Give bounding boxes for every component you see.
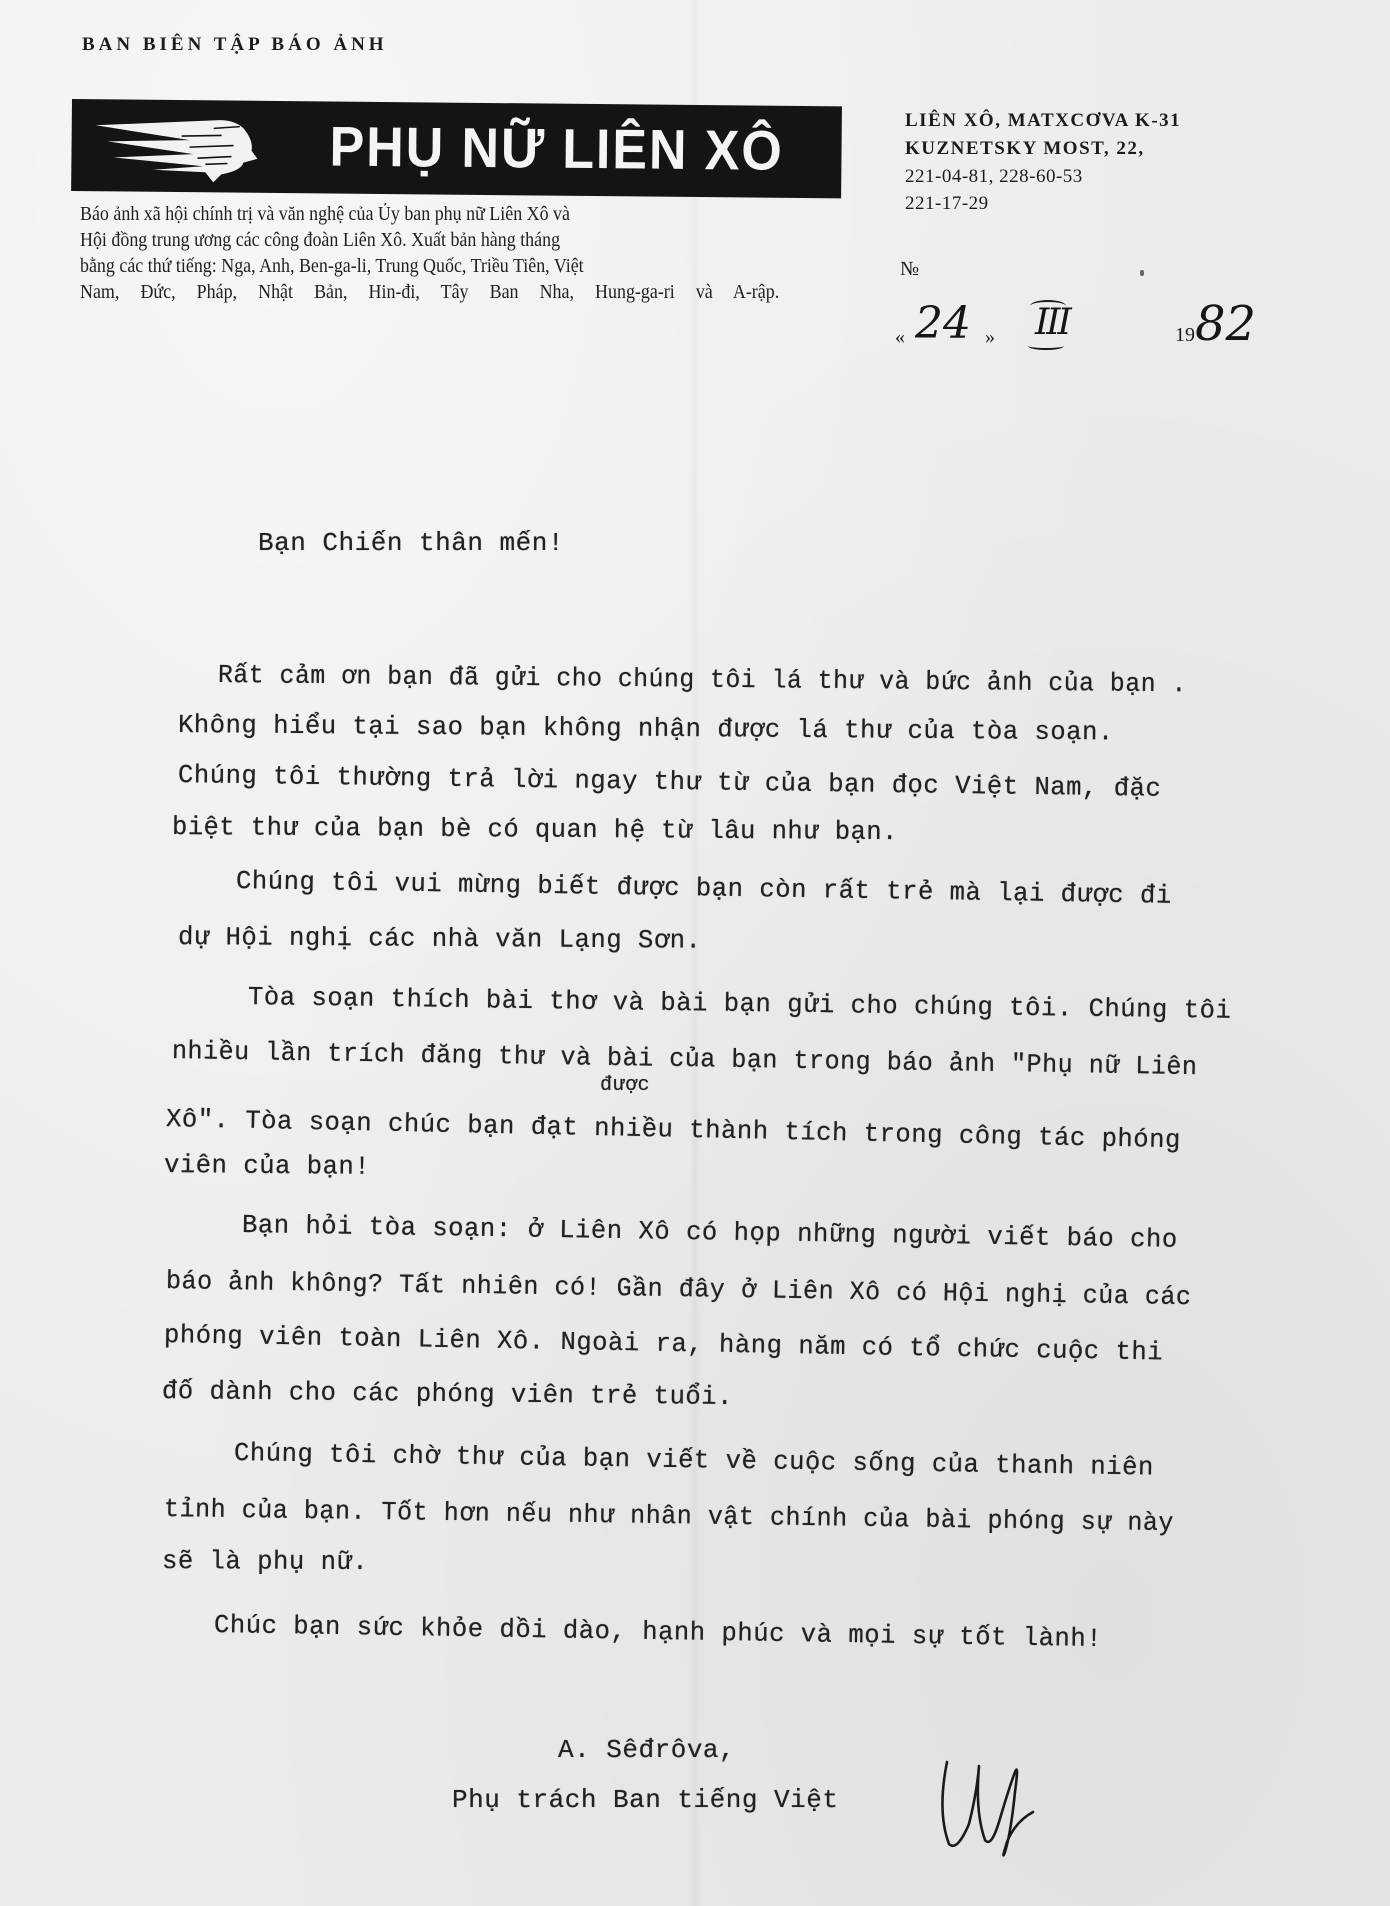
address-block: LIÊN XÔ, MATXCƠVA K-31 KUZNETSKY MOST, 2… [905,107,1181,217]
editorial-department: BAN BIÊN TẬP BÁO ẢNH [82,34,388,56]
body-line: đố dành cho các phóng viên trẻ tuổi. [162,1376,733,1412]
month-underline [1028,342,1064,350]
letter-date: « 24 » III 19 82 [895,296,1255,356]
description-line: Nam, Đức, Pháp, Nhật Bản, Hin-đi, Tây Ba… [80,280,779,306]
date-year-suffix: 82 [1195,296,1256,352]
body-line: sẽ là phụ nữ. [162,1546,368,1577]
description-line: Hội đồng trung ương các công đoàn Liên X… [80,228,779,254]
publication-description: Báo ảnh xã hội chính trị và văn nghệ của… [80,202,779,306]
phone-numbers: 221-04-81, 228-60-53 [905,163,1181,190]
date-day: 24 [915,298,971,349]
body-line: Không hiểu tại sao bạn không nhận được l… [178,710,1114,747]
handwritten-insertion: được [600,1074,650,1097]
body-line: Chúng tôi thường trả lời ngay thư từ của… [178,760,1162,804]
body-line: viên của bạn! [164,1150,370,1182]
sender-role: Phụ trách Ban tiếng Việt [452,1785,838,1815]
salutation: Bạn Chiến thân mến! [258,528,564,558]
reference-number-label: № [900,258,919,281]
body-line: tỉnh của bạn. Tốt hơn nếu như nhân vật c… [164,1494,1174,1538]
masthead-title: PHỤ NỮ LIÊN XÔ [329,111,784,185]
body-line: phóng viên toàn Liên Xô. Ngoài ra, hàng … [164,1320,1164,1367]
body-line: báo ảnh không? Tất nhiên có! Gần đây ở L… [166,1266,1192,1312]
body-line: Chúc bạn sức khỏe dồi dào, hạnh phúc và … [214,1610,1103,1654]
winged-head-emblem-icon [93,113,264,185]
description-line: bằng các thứ tiếng: Nga, Anh, Ben-ga-li,… [80,254,779,280]
ink-speck [1140,270,1144,276]
address-city: LIÊN XÔ, MATXCƠVA K-31 [905,107,1181,135]
body-line: Xô". Tòa soạn chúc bạn đạt nhiều thành t… [166,1104,1182,1155]
body-line: Tòa soạn thích bài thơ và bài bạn gửi ch… [248,982,1232,1026]
body-line: nhiều lần trích đăng thư và bài của bạn … [172,1036,1198,1082]
sender-name: A. Sêđrôva, [558,1735,735,1765]
body-line: Chúng tôi chờ thư của bạn viết về cuộc s… [234,1438,1154,1482]
date-close-quote: » [985,326,995,349]
body-line: biệt thư của bạn bè có quan hệ từ lâu nh… [172,812,898,847]
body-line: Bạn hỏi tòa soạn: ở Liên Xô có họp những… [242,1210,1178,1255]
body-line: Chúng tôi vui mừng biết được bạn còn rất… [236,866,1172,911]
body-line: dự Hội nghị các nhà văn Lạng Sơn. [178,922,702,956]
handwritten-signature-icon [935,1752,1035,1862]
description-line: Báo ảnh xã hội chính trị và văn nghệ của… [80,202,779,228]
date-year-prefix: 19 [1175,324,1195,347]
date-open-quote: « [895,326,905,349]
body-line: Rất cảm ơn bạn đã gửi cho chúng tôi lá t… [218,660,1187,699]
phone-numbers: 221-17-29 [905,190,1181,217]
date-month: III [1035,302,1069,343]
address-street: KUZNETSKY MOST, 22, [905,135,1181,163]
masthead-banner: PHỤ NỮ LIÊN XÔ [71,99,842,198]
